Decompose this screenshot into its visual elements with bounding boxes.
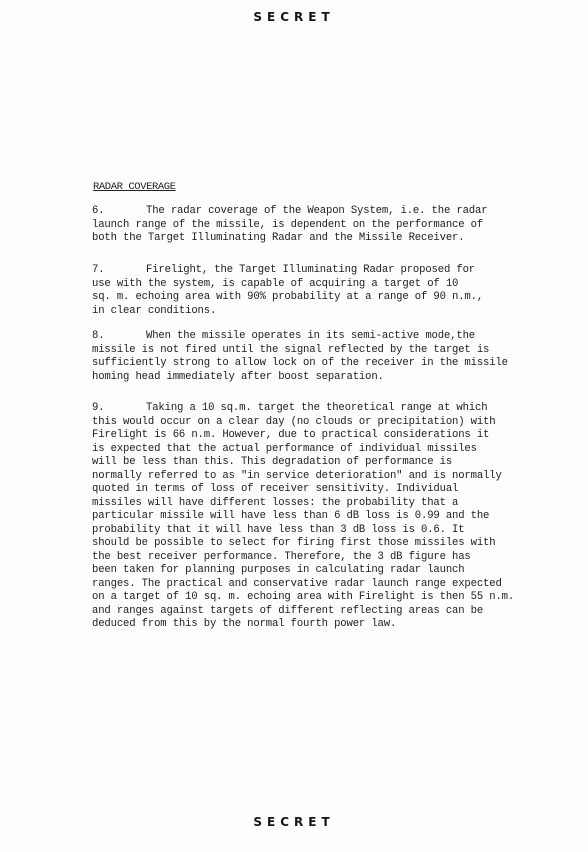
- paragraph-number: 9.: [92, 402, 146, 416]
- paragraph-text: Taking a 10 sq.m. target the theoretical…: [92, 402, 514, 630]
- paragraph-6: 6.The radar coverage of the Weapon Syste…: [92, 205, 532, 246]
- paragraph-text: Firelight, the Target Illuminating Radar…: [92, 264, 483, 317]
- classification-marking-top: SECRET: [0, 10, 588, 24]
- paragraph-7: 7.Firelight, the Target Illuminating Rad…: [92, 264, 532, 318]
- document-page: SECRET RADAR COVERAGE 6.The radar covera…: [0, 0, 588, 852]
- paragraph-number: 7.: [92, 264, 146, 278]
- classification-marking-bottom: SECRET: [0, 815, 588, 829]
- paragraph-number: 8.: [92, 330, 146, 344]
- paragraph-number: 6.: [92, 205, 146, 219]
- section-heading: RADAR COVERAGE: [93, 181, 176, 193]
- paragraph-8: 8.When the missile operates in its semi-…: [92, 330, 532, 384]
- paragraph-text: When the missile operates in its semi-ac…: [92, 330, 508, 383]
- paragraph-text: The radar coverage of the Weapon System,…: [92, 205, 487, 244]
- paragraph-9: 9.Taking a 10 sq.m. target the theoretic…: [92, 402, 532, 632]
